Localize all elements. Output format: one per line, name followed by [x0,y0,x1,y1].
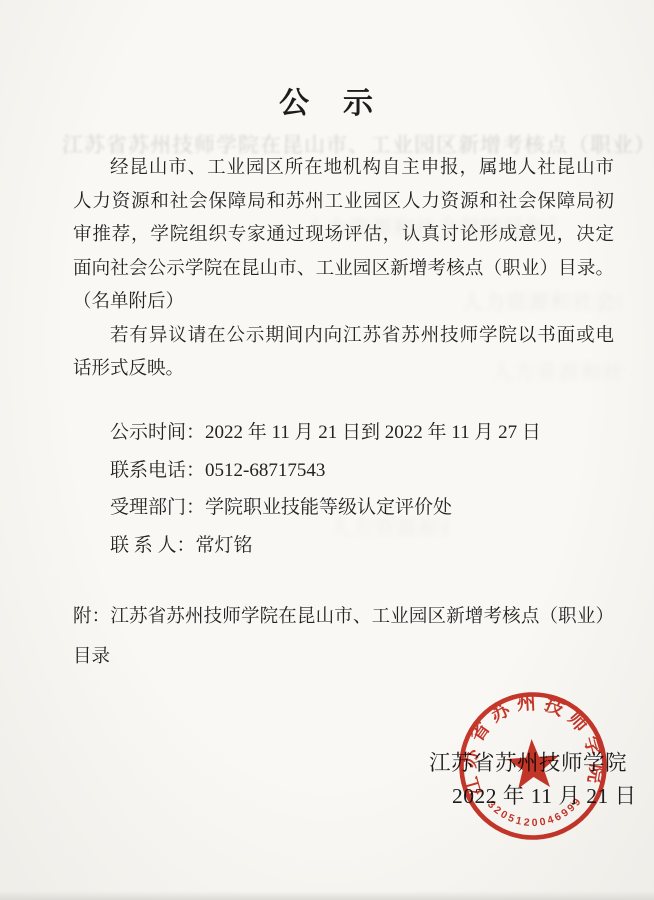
body-line: 若有异议请在公示期间内向江苏省苏州技师学院以书面或电 [73,320,614,354]
detail-row: 联系电话：0512-68717543 [110,452,610,490]
attachment-line: 目录 [73,637,614,677]
detail-value: 常灯铭 [196,535,253,556]
detail-row: 公示时间：2022 年 11 月 21 日到 2022 年 11 月 27 日 [110,414,610,452]
body-line: 话形式反映。 [73,353,614,387]
page-title: 公 示 [0,78,654,122]
body-text: 经昆山市、工业园区所在地机构自主申报，属地人社昆山市 人力资源和社会保障局和苏州… [73,152,614,387]
contact-details: 公示时间：2022 年 11 月 21 日到 2022 年 11 月 27 日 … [110,414,610,564]
body-line: 面向社会公示学院在昆山市、工业园区新增考核点（职业）目录。 [73,253,614,287]
detail-row: 联 系 人：常灯铭 [110,527,610,565]
detail-label: 联系电话： [110,460,205,481]
detail-label: 联 系 人： [110,535,196,556]
body-line: 人力资源和社会保障局和苏州工业园区人力资源和社会保障局初 [73,186,614,220]
official-seal: 江苏省苏州技师学院 3205120046999 [449,682,617,850]
attachment-note: 附：江苏省苏州技师学院在昆山市、工业园区新增考核点（职业） 目录 [73,597,614,677]
body-line: （名单附后） [73,286,614,320]
scanned-notice-page: 江苏省苏州技师学院在昆山市、工业园区新增考核点（职业） 人力资源和社会保障局和苏… [0,0,654,900]
detail-row: 受理部门：学院职业技能等级认定评价处 [110,489,610,527]
detail-label: 受理部门： [110,497,205,518]
body-line: 经昆山市、工业园区所在地机构自主申报，属地人社昆山市 [73,152,614,186]
detail-value: 学院职业技能等级认定评价处 [205,497,452,518]
scan-bottom-edge [0,891,654,900]
detail-value: 2022 年 11 月 21 日到 2022 年 11 月 27 日 [205,422,541,443]
attachment-line: 附：江苏省苏州技师学院在昆山市、工业园区新增考核点（职业） [73,597,614,637]
detail-label: 公示时间： [110,422,205,443]
body-line: 审推荐，学院组织专家通过现场评估，认真讨论形成意见，决定 [73,219,614,253]
seal-star-icon [506,738,560,789]
detail-value: 0512-68717543 [205,460,325,481]
